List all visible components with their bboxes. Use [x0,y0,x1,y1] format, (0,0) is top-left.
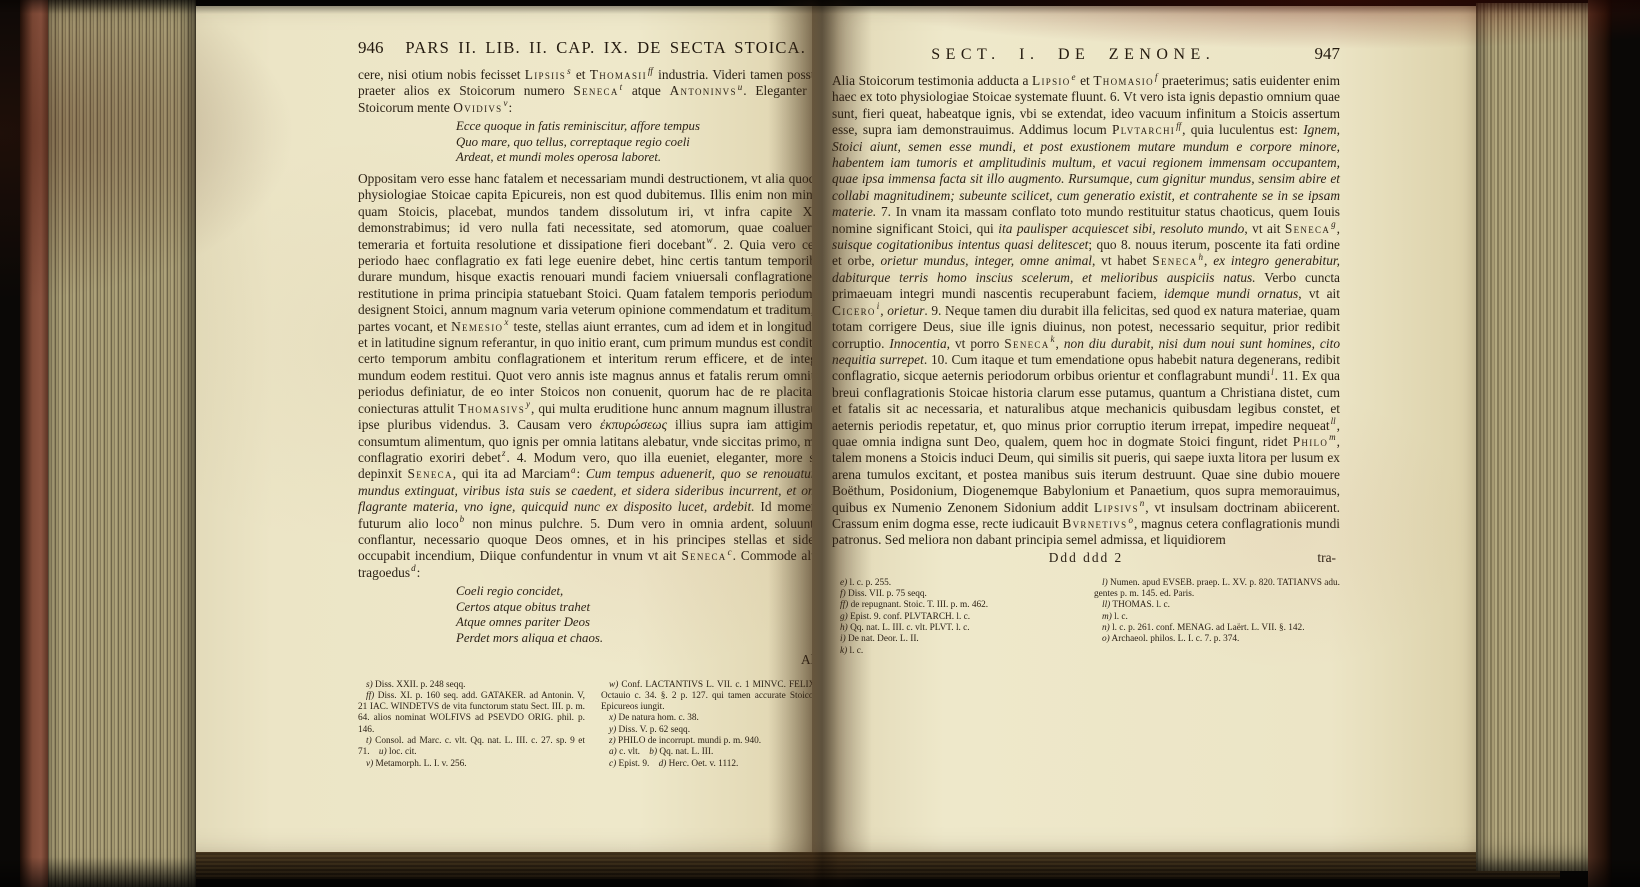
footnote-marker: x [504,317,508,327]
text-segment: Thomasivs [458,401,525,416]
text-segment: , vt porro [947,336,1005,351]
footnote-marker: d [411,563,416,573]
text-segment: n) [1102,623,1110,633]
signature-row: Ddd ddd 2 tra- [832,550,1340,566]
text-segment: et [572,67,590,82]
text-segment: Innocentia [889,336,946,351]
text-segment: Diss. XI. p. 160 seq. add. GATAKER. ad A… [358,691,585,735]
catchword-right: tra- [1317,550,1336,566]
page-946-body: cere, nisi otium nobis fecisset Lipsiiss… [358,67,828,647]
text-segment: THOMAS. l. c. [1110,600,1170,610]
paragraph: Oppositam vero esse hanc fatalem et nece… [358,171,828,581]
text-segment: suisque cogitationibus intentus quasi de… [832,237,1088,252]
text-segment: orietur mundus, integer, omne animal [880,253,1092,268]
footnote: ff) de repugnant. Stoic. T. III. p. m. 4… [832,600,1078,611]
text-segment: Seneca [408,466,453,481]
footnote: x) De natura hom. c. 38. [601,713,828,724]
text-segment: Antoninvs [670,83,737,98]
page-947-footnotes: e) l. c. p. 255.f) Diss. VII. p. 75 seqq… [832,578,1340,657]
book-cover-edge-left [20,0,48,887]
footnote: v) Metamorph. L. I. v. 256. [358,759,585,770]
text-segment: Thomasio [1093,73,1154,88]
text-segment: loc. cit. [387,747,417,757]
text-segment: c. vlt. [617,747,650,757]
footnote: g) Epist. 9. conf. PLVTARCH. l. c. [832,612,1078,623]
text-segment: : [577,466,586,481]
verse: Ecce quoque in fatis reminiscitur, affor… [456,119,828,166]
paragraph: Alia Stoicorum testimonia adducta a Lips… [832,73,1340,549]
text-segment: de repugnant. Stoic. T. III. p. m. 462. [848,600,988,610]
page-stack-right [1476,3,1588,871]
footnote-marker: s [567,66,571,76]
text-segment: , qui ita ad Marciam [453,466,570,481]
footnote: s) Diss. XXII. p. 248 seqq. [358,680,585,691]
footnote-marker: v [504,98,508,108]
footnote-marker: z [502,448,506,458]
text-segment: Qq. nat. L. III. [657,747,713,757]
text-segment: Lipsivs [1094,500,1139,515]
page-947-body: Alia Stoicorum testimonia adducta a Lips… [832,73,1340,549]
text-segment: Diss. VII. p. 75 seqq. [846,589,927,599]
book-cover-edge-right [1588,0,1612,887]
page-947-text-area: SECT. I. DE ZENONE. 947 Alia Stoicorum t… [832,44,1340,657]
text-segment: o) [1102,634,1110,644]
text-segment: Epist. 9. conf. PLVTARCH. l. c. [848,612,970,622]
footnote-column-1: e) l. c. p. 255.f) Diss. VII. p. 75 seqq… [832,578,1078,657]
verse-line: Certos atque obitus trahet [456,600,828,616]
text-segment: cere, nisi otium nobis fecisset [358,67,525,82]
footnote: t) Consol. ad Marc. c. vlt. Qq. nat. L. … [358,736,585,759]
footnote-marker: ff [648,66,653,76]
text-segment: : [509,100,513,115]
text-segment: Herc. Oet. v. 1112. [666,759,738,769]
footnote: m) l. c. [1094,612,1340,623]
text-segment: , quia luculentus est: [1182,122,1303,137]
text-segment: ἐκπυρώσεως [600,417,667,432]
verse-line: Atque omnes pariter Deos [456,615,828,631]
footnote: c) Epist. 9. d) Herc. Oet. v. 1112. [601,759,828,770]
text-segment: l. c. [847,646,863,656]
paragraph: cere, nisi otium nobis fecisset Lipsiiss… [358,67,828,116]
footnote: o) Archaeol. philos. L. I. c. 7. p. 374. [1094,634,1340,645]
page-946-footnotes: s) Diss. XXII. p. 248 seqq.ff) Diss. XI.… [358,680,828,770]
footnote-column-2: w) Conf. LACTANTIVS L. VII. c. 1 MINVC. … [601,680,828,770]
footnote-marker: t [620,82,623,92]
verse: Coeli regio concidet,Certos atque obitus… [456,584,828,646]
text-segment: Alia Stoicorum testimonia adducta a [832,73,1032,88]
text-segment: l. c. p. 255. [847,578,891,588]
text-segment: De natura hom. c. 38. [616,713,699,723]
footnote-marker: k [1051,334,1055,344]
text-segment: h) [840,623,848,633]
text-segment: , vt ait [1244,221,1285,236]
text-segment: Seneca [681,548,726,563]
text-segment: Metamorph. L. I. v. 256. [373,759,466,769]
footnote-marker: l [1271,367,1274,377]
running-title-left: PARS II. LIB. II. CAP. IX. DE SECTA STOI… [384,38,829,58]
text-segment: b) [649,747,657,757]
verse-line: Ardeat, et mundi moles operosa laboret. [456,150,828,166]
text-segment: , vt ait [1298,286,1340,301]
text-segment: Numen. apud EVSEB. praep. L. XV. p. 820.… [1094,578,1340,599]
text-segment: Diss. V. p. 62 seqq. [616,725,690,735]
text-segment: De nat. Deor. L. II. [846,634,919,644]
text-segment: ita paulisper acquiescet sibi, resoluto … [998,221,1244,236]
verse-line: Perdet mors aliqua et chaos. [456,631,828,647]
footnote: n) l. c. p. 261. conf. MENAG. ad Laërt. … [1094,623,1340,634]
text-segment: l. c. [1112,612,1128,622]
footnote: f) Diss. VII. p. 75 seqq. [832,589,1078,600]
text-segment: a) [609,747,617,757]
footnote-marker: c [728,547,732,557]
text-segment: Lipsiis [525,67,566,82]
footnote-marker: e [1072,72,1076,82]
footnote-marker: n [1140,498,1145,508]
page-number-left: 946 [358,38,384,58]
text-segment: , [1204,253,1213,268]
text-segment: Plvtarchi [1112,122,1175,137]
text-segment: , [1337,221,1340,236]
text-segment: : [417,565,421,580]
text-segment: , [1056,336,1064,351]
page-946-header: 946 PARS II. LIB. II. CAP. IX. DE SECTA … [358,38,828,58]
footnote: h) Qq. nat. L. III. c. vlt. PLVT. l. c. [832,623,1078,634]
footnote: e) l. c. p. 255. [832,578,1078,589]
text-segment: Thomasii [590,67,647,82]
footnote: ff) Diss. XI. p. 160 seq. add. GATAKER. … [358,691,585,736]
text-segment: Diss. XXII. p. 248 seqq. [373,680,466,690]
footnote-marker: ff [1176,121,1181,131]
running-title-right: SECT. I. DE ZENONE. [832,46,1315,64]
text-segment: Bvrnetivs [1062,516,1127,531]
footnote-marker: y [526,399,530,409]
text-segment: Nemesio [451,319,503,334]
footnote-marker: w [707,235,713,245]
footnote-marker: i [877,301,880,311]
text-segment: Philo [1293,434,1328,449]
text-segment: Cicero [832,303,876,318]
text-segment: Qq. nat. L. III. c. vlt. PLVT. l. c. [848,623,970,633]
page-number-right: 947 [1315,44,1341,64]
footnote-marker: m [1329,432,1336,442]
book-photograph: 946 PARS II. LIB. II. CAP. IX. DE SECTA … [0,0,1640,887]
verse-line: Coeli regio concidet, [456,584,828,600]
footnote: k) l. c. [832,646,1078,657]
footnote-column-2: l) Numen. apud EVSEB. praep. L. XV. p. 8… [1094,578,1340,657]
verse-line: Quo mare, quo tellus, correptaque regio … [456,135,828,151]
footnote: a) c. vlt. b) Qq. nat. L. III. [601,747,828,758]
footnote-column-1: s) Diss. XXII. p. 248 seqq.ff) Diss. XI.… [358,680,585,770]
text-segment: PHILO de incorrupt. mundi p. m. 940. [616,736,761,746]
text-segment: orietur [887,303,924,318]
footnote: y) Diss. V. p. 62 seqq. [601,725,828,736]
footnote: w) Conf. LACTANTIVS L. VII. c. 1 MINVC. … [601,680,828,714]
text-segment: , vt habet [1092,253,1152,268]
text-segment: Seneca [573,83,618,98]
text-segment: Conf. LACTANTIVS L. VII. c. 1 MINVC. FEL… [601,680,828,713]
catchword-left: Alia [358,652,828,668]
footnote: ll) THOMAS. l. c. [1094,600,1340,611]
text-segment: s) [366,680,373,690]
footnote-marker: h [1199,252,1204,262]
page-946: 946 PARS II. LIB. II. CAP. IX. DE SECTA … [196,6,826,852]
text-segment: idemque mundi ornatus [1164,286,1298,301]
footnote: z) PHILO de incorrupt. mundi p. m. 940. [601,736,828,747]
footnote-marker: b [460,514,465,524]
text-segment: u) [379,747,387,757]
signature-mark: Ddd ddd 2 [1049,550,1124,565]
text-segment: Seneca [1152,253,1197,268]
page-stack-left [48,0,196,887]
text-segment: z) [609,736,616,746]
footnote-marker: u [738,82,743,92]
text-segment: w) [609,680,618,690]
footnote: i) De nat. Deor. L. II. [832,634,1078,645]
footnote-marker: a [571,465,576,475]
text-segment: Lipsio [1032,73,1070,88]
text-segment: et [1077,73,1094,88]
text-segment: l. c. p. 261. conf. MENAG. ad Laërt. L. … [1110,623,1305,633]
text-segment: g) [840,612,848,622]
footnote-marker: o [1129,515,1134,525]
footnote-marker: g [1331,219,1336,229]
page-947: SECT. I. DE ZENONE. 947 Alia Stoicorum t… [812,6,1476,852]
text-segment: Ovidivs [453,100,502,115]
page-947-header: SECT. I. DE ZENONE. 947 [832,44,1340,64]
text-segment: Epist. 9. [616,759,658,769]
verse-line: Ecce quoque in fatis reminiscitur, affor… [456,119,828,135]
text-segment: Seneca [1285,221,1330,236]
footnote: l) Numen. apud EVSEB. praep. L. XV. p. 8… [1094,578,1340,601]
page-946-text-area: 946 PARS II. LIB. II. CAP. IX. DE SECTA … [358,38,828,770]
text-segment: Archaeol. philos. L. I. c. 7. p. 374. [1110,634,1240,644]
text-segment: m) [1102,612,1112,622]
text-segment: Seneca [1004,336,1049,351]
footnote-marker: ll [1331,416,1336,426]
text-segment: atque [623,83,669,98]
